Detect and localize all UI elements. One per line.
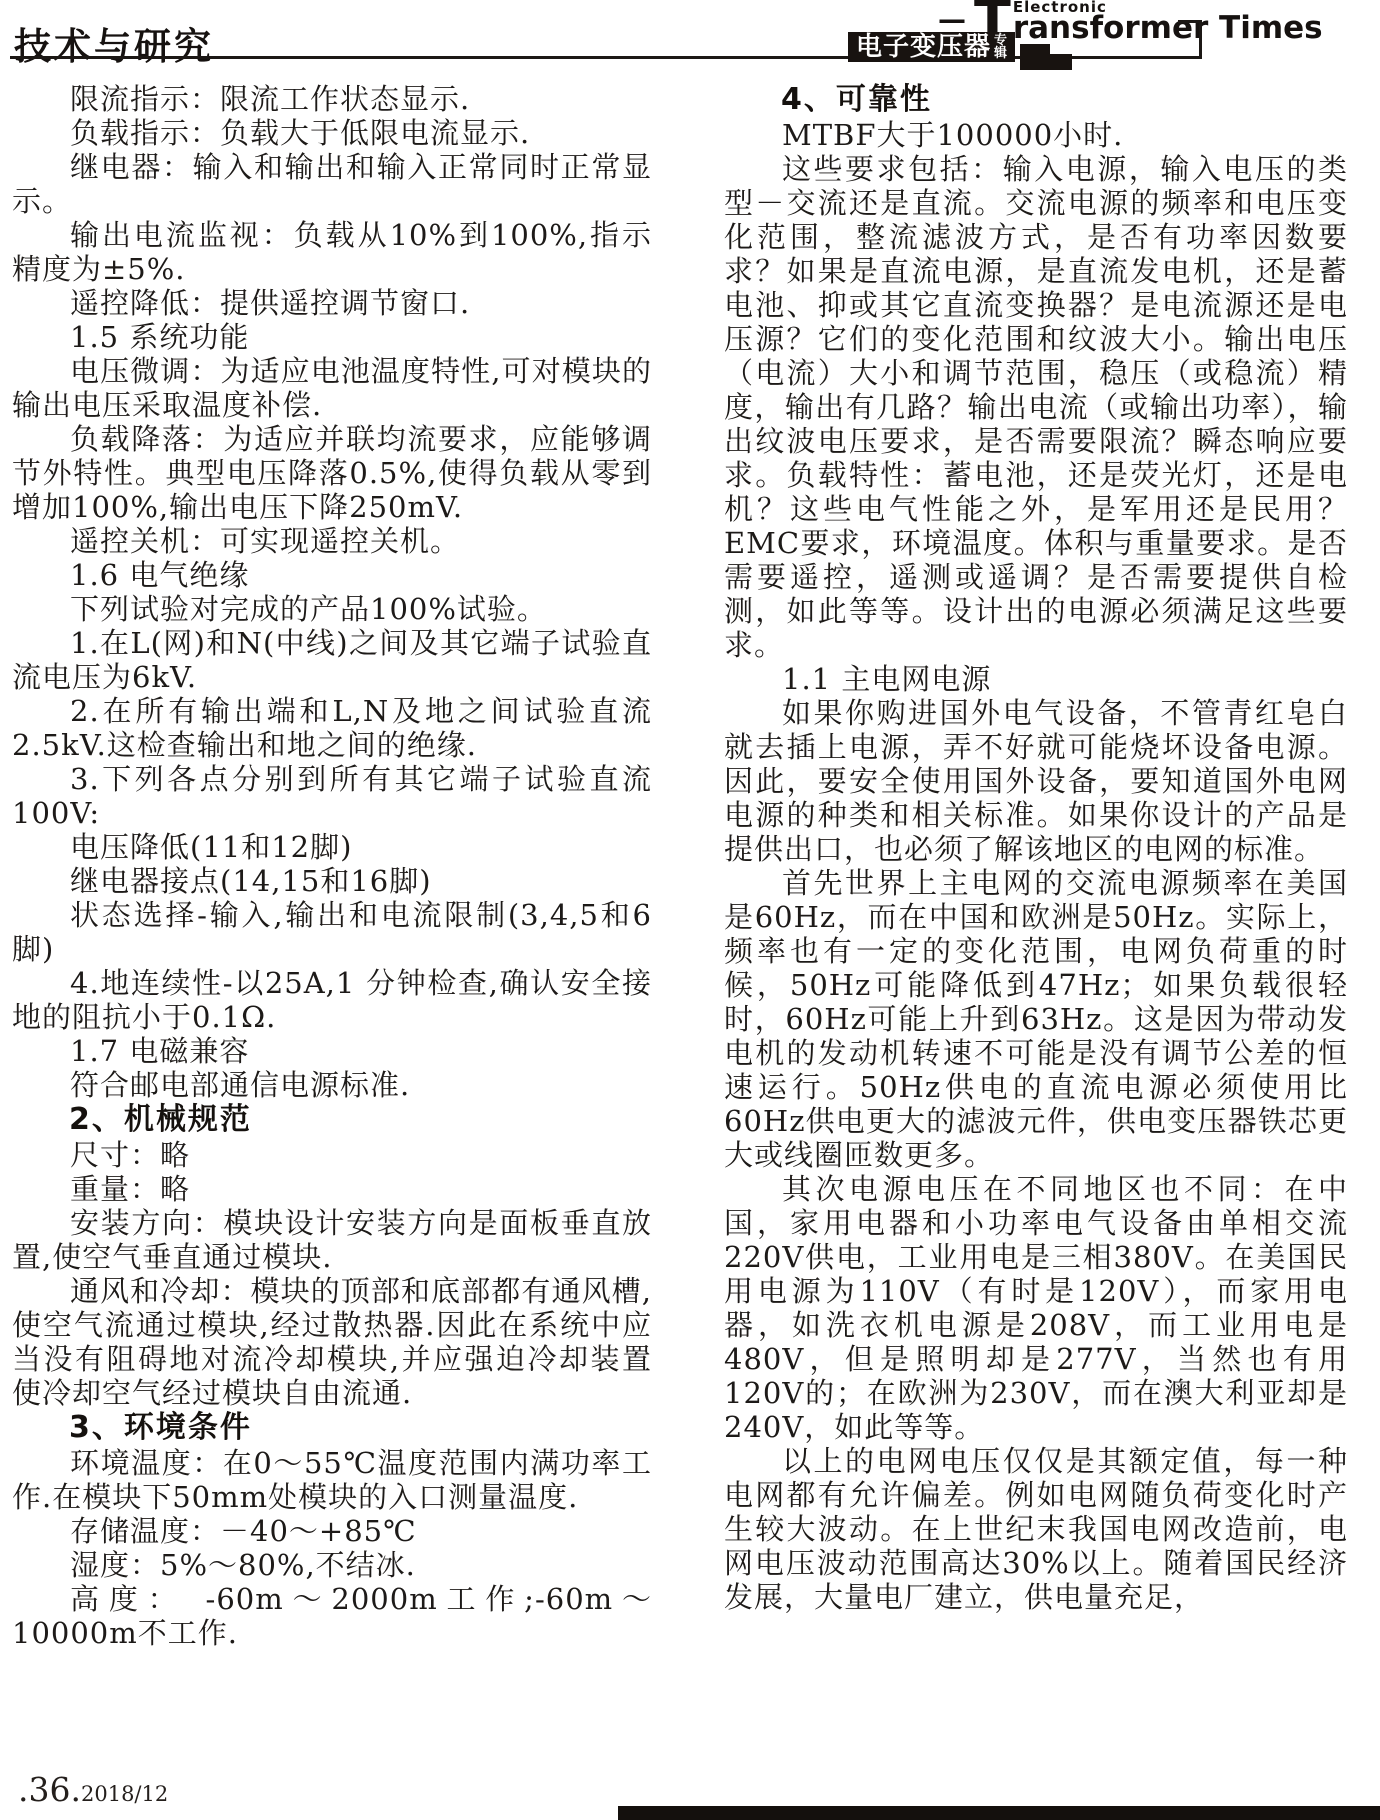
page-footer: .36.2018/12 (18, 1770, 168, 1809)
article-body: 限流指示：限流工作状态显示.负载指示：负载大于低限电流显示.继电器：输入和输出和… (12, 82, 1348, 1650)
left-column: 限流指示：限流工作状态显示.负载指示：负载大于低限电流显示.继电器：输入和输出和… (12, 82, 652, 1650)
issue-label: 2018/12 (81, 1782, 168, 1806)
paragraph: 2.在所有输出端和L,N及地之间试验直流2.5kV.这检查输出和地之间的绝缘. (12, 694, 652, 762)
paragraph: 1.6 电气绝缘 (12, 558, 652, 592)
journal-logo-sub: 专辑 (994, 34, 1009, 60)
section-heading: 3、环境条件 (12, 1410, 652, 1446)
paragraph: 下列试验对完成的产品100%试验。 (12, 592, 652, 626)
paragraph: 遥控关机：可实现遥控关机。 (12, 524, 652, 558)
logo-step-block (1050, 54, 1072, 70)
paragraph: 1.7 电磁兼容 (12, 1034, 652, 1068)
masthead-corner-vertical (1199, 20, 1202, 59)
paragraph: 这些要求包括：输入电源，输入电压的类型－交流还是直流。交流电源的频率和电压变化范… (724, 152, 1348, 662)
paragraph: 1.1 主电网电源 (724, 662, 1348, 696)
paragraph: MTBF大于100000小时. (724, 118, 1348, 152)
page-number: .36. (18, 1770, 81, 1809)
paragraph: 1.5 系统功能 (12, 320, 652, 354)
paragraph: 继电器：输入和输出和输入正常同时正常显示。 (12, 150, 652, 218)
paragraph: 其次电源电压在不同地区也不同：在中国，家用电器和小功率电气设备由单相交流220V… (724, 1172, 1348, 1444)
section-title: 技术与研究 (14, 16, 214, 70)
logo-step-block (1020, 44, 1050, 70)
paragraph: 输出电流监视：负载从10%到100%,指示精度为±5%. (12, 218, 652, 286)
journal-logo: 电子变压器 专辑 (848, 32, 1015, 62)
section-heading: 2、机械规范 (12, 1102, 652, 1138)
journal-logo-box: 电子变压器 专辑 (848, 32, 1015, 62)
paragraph: 3.下列各点分别到所有其它端子试验直流100V: (12, 762, 652, 830)
paragraph: 电压微调：为适应电池温度特性,可对模块的输出电压采取温度补偿. (12, 354, 652, 422)
paragraph: 重量：略 (12, 1172, 652, 1206)
masthead-dash: — (938, 6, 966, 34)
footer-bar (618, 1806, 1380, 1820)
paragraph: 符合邮电部通信电源标准. (12, 1068, 652, 1102)
paragraph: 环境温度：在0～55℃温度范围内满功率工作.在模块下50mm处模块的入口测量温度… (12, 1446, 652, 1514)
masthead-title: ransformer Times (1013, 15, 1323, 42)
paragraph: 4.地连续性-以25A,1 分钟检查,确认安全接地的阻抗小于0.1Ω. (12, 966, 652, 1034)
magazine-page: 技术与研究 — T Electronic ransformer Times 电子… (0, 0, 1380, 1820)
paragraph: 电压降低(11和12脚) (12, 830, 652, 864)
paragraph: 遥控降低：提供遥控调节窗口. (12, 286, 652, 320)
journal-logo-main: 电子变压器 (856, 33, 991, 61)
masthead-text: Electronic ransformer Times (1013, 0, 1323, 42)
paragraph: 存储温度：－40～+85℃ (12, 1514, 652, 1548)
paragraph: 通风和冷却：模块的顶部和底部都有通风槽,使空气流通过模块,经过散热器.因此在系统… (12, 1274, 652, 1410)
paragraph: 限流指示：限流工作状态显示. (12, 82, 652, 116)
paragraph: 安装方向：模块设计安装方向是面板垂直放置,使空气垂直通过模块. (12, 1206, 652, 1274)
paragraph: 负载降落：为适应并联均流要求，应能够调节外特性。典型电压降落0.5%,使得负载从… (12, 422, 652, 524)
paragraph: 1.在L(网)和N(中线)之间及其它端子试验直流电压为6kV. (12, 626, 652, 694)
paragraph: 如果你购进国外电气设备，不管青红皂白就去插上电源，弄不好就可能烧坏设备电源。因此… (724, 696, 1348, 866)
section-heading: 4、可靠性 (724, 82, 1348, 118)
paragraph: 负载指示：负载大于低限电流显示. (12, 116, 652, 150)
paragraph: 湿度：5%～80%,不结冰. (12, 1548, 652, 1582)
paragraph: 状态选择-输入,输出和电流限制(3,4,5和6脚) (12, 898, 652, 966)
paragraph: 尺寸：略 (12, 1138, 652, 1172)
right-column: 4、可靠性MTBF大于100000小时.这些要求包括：输入电源，输入电压的类型－… (724, 82, 1348, 1650)
paragraph: 以上的电网电压仅仅是其额定值，每一种电网都有允许偏差。例如电网随负荷变化时产生较… (724, 1444, 1348, 1614)
paragraph: 继电器接点(14,15和16脚) (12, 864, 652, 898)
paragraph: 首先世界上主电网的交流电源频率在美国是60Hz，而在中国和欧洲是50Hz。实际上… (724, 866, 1348, 1172)
paragraph: 高度： -60m～2000m工作;-60m～10000m不工作. (12, 1582, 652, 1650)
